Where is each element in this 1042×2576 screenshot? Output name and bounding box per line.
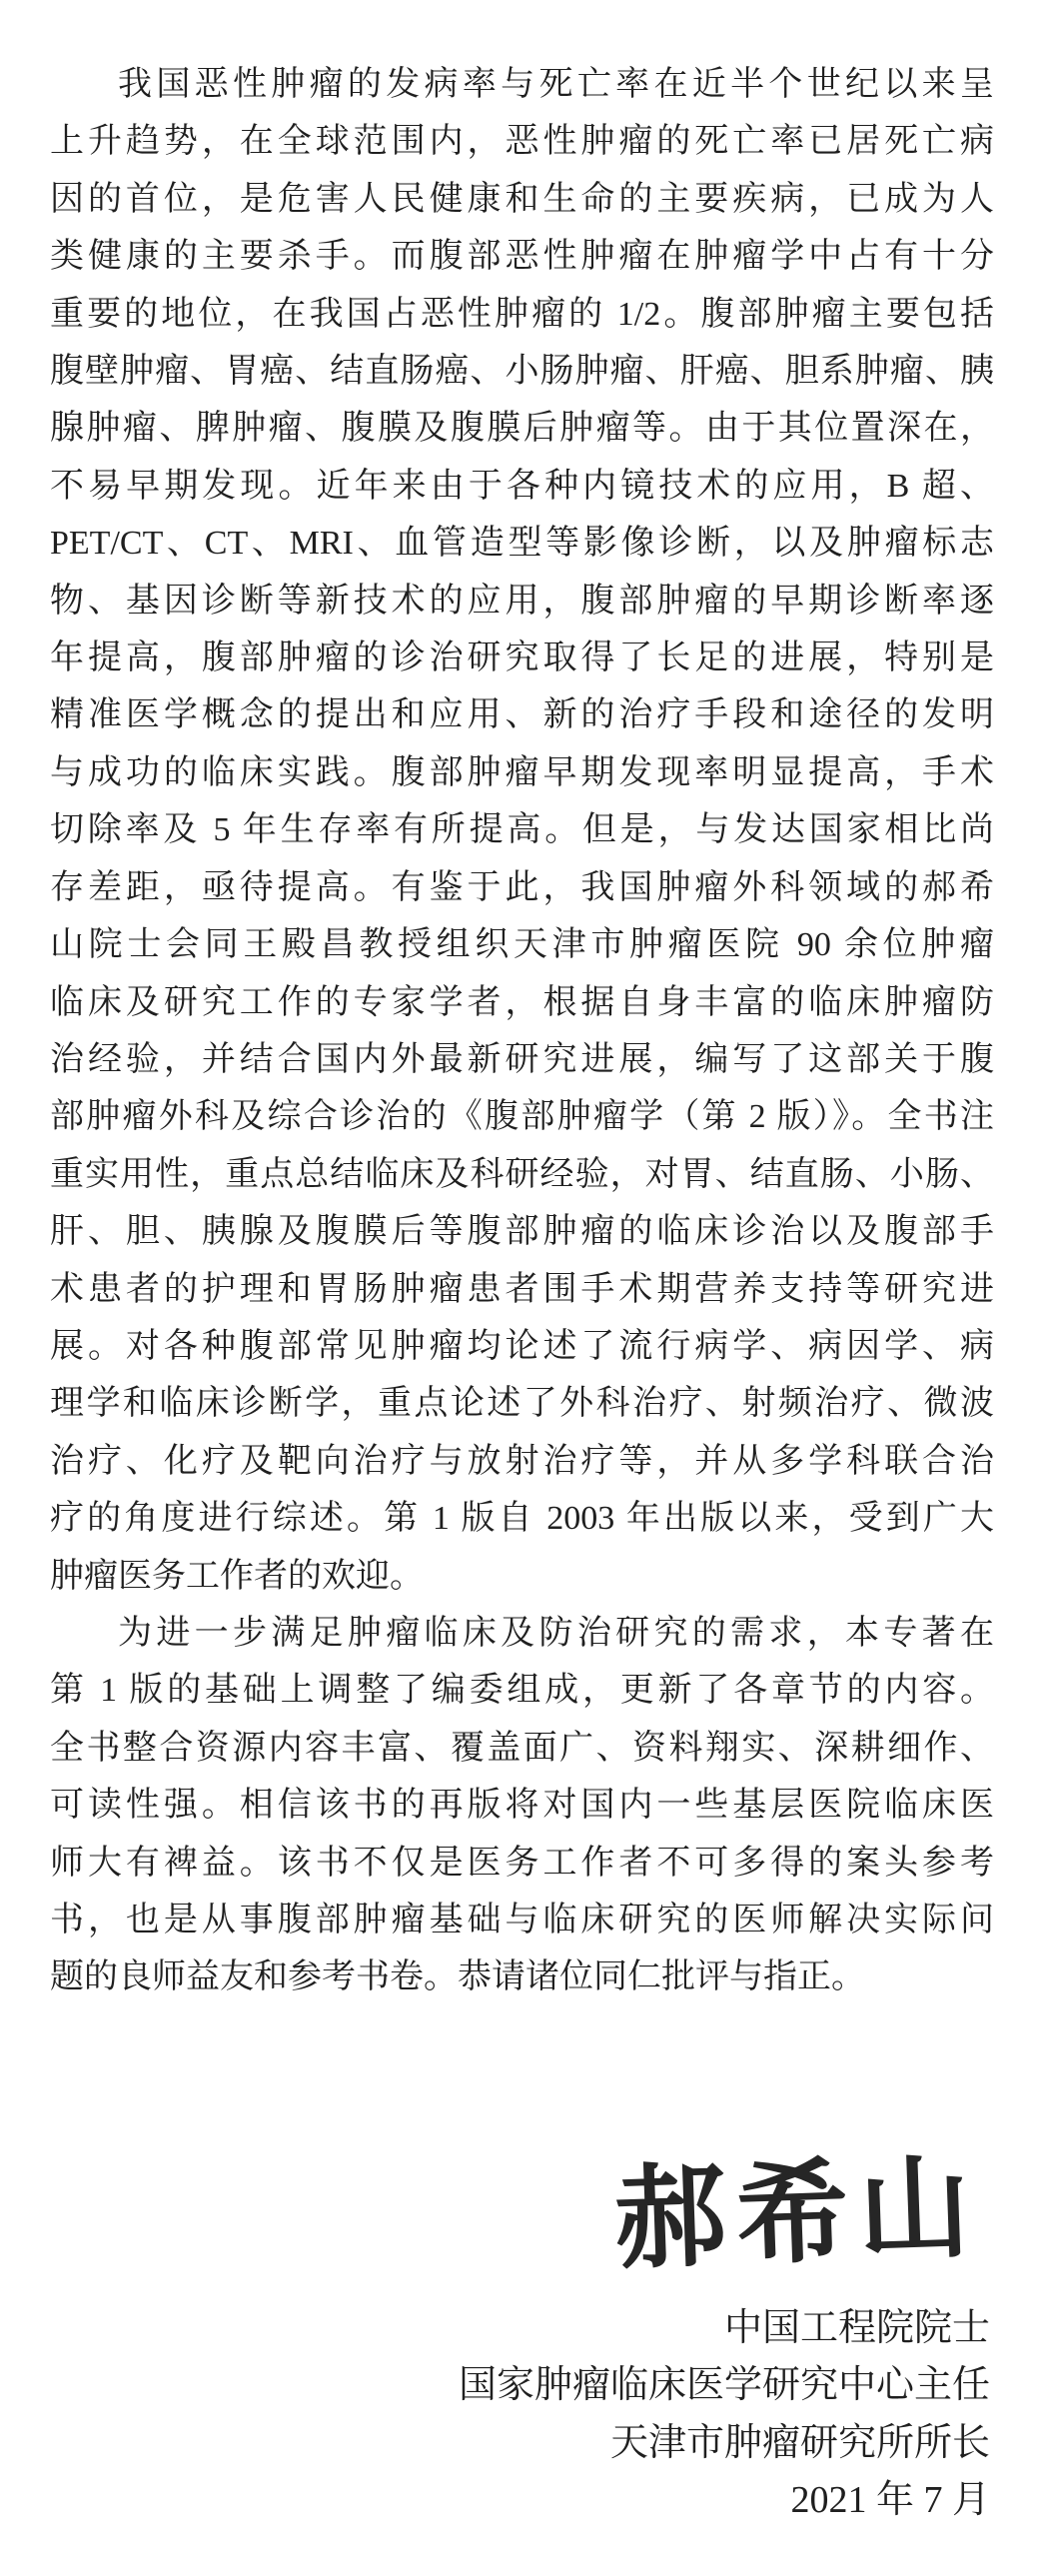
text-line: 理学和临床诊断学，重点论述了外科治疗、射频治疗、微波 bbox=[50, 1375, 994, 1432]
text-line: 术患者的护理和胃肠肿瘤患者围手术期营养支持等研究进 bbox=[50, 1261, 994, 1318]
text-line: 第 1 版的基础上调整了编委组成，更新了各章节的内容。 bbox=[50, 1662, 994, 1719]
text-line: 疗的角度进行综述。第 1 版自 2003 年出版以来，受到广大 bbox=[50, 1490, 994, 1547]
text-line: 治经验，并结合国内外最新研究进展，编写了这部关于腹 bbox=[50, 1031, 994, 1088]
text-line: 物、基因诊断等新技术的应用，腹部肿瘤的早期诊断率逐 bbox=[50, 573, 994, 630]
text-line: 不易早期发现。近年来由于各种内镜技术的应用，B 超、 bbox=[50, 458, 994, 515]
text-line: 师大有裨益。该书不仅是医务工作者不可多得的案头参考 bbox=[50, 1835, 994, 1892]
signoff-lines: 中国工程院院士 国家肿瘤临床医学研究中心主任 天津市肿瘤研究所所长 2021 年… bbox=[0, 2300, 1042, 2530]
text-line: 部肿瘤外科及综合诊治的《腹部肿瘤学（第 2 版）》。全书注 bbox=[50, 1088, 994, 1145]
text-line: 书，也是从事腹部肿瘤基础与临床研究的医师解决实际问 bbox=[50, 1892, 994, 1948]
text-line: 重要的地位，在我国占恶性肿瘤的 1/2。腹部肿瘤主要包括 bbox=[50, 286, 994, 343]
preface-page: 我国恶性肿瘤的发病率与死亡率在近半个世纪以来呈上升趋势，在全球范围内，恶性肿瘤的… bbox=[0, 0, 1042, 2576]
text-line: 精准医学概念的提出和应用、新的治疗手段和途径的发明 bbox=[50, 686, 994, 743]
text-line: 切除率及 5 年生存率有所提高。但是，与发达国家相比尚 bbox=[50, 801, 994, 858]
text-line: 存差距，亟待提高。有鉴于此，我国肿瘤外科领域的郝希 bbox=[50, 859, 994, 916]
text-line: 重实用性，重点总结临床及科研经验，对胃、结直肠、小肠、 bbox=[50, 1146, 994, 1203]
text-line: PET/CT、CT、MRI、血管造型等影像诊断，以及肿瘤标志 bbox=[50, 515, 994, 572]
text-line: 治疗、化疗及靶向治疗与放射治疗等，并从多学科联合治 bbox=[50, 1433, 994, 1490]
text-line: 年提高，腹部肿瘤的诊治研究取得了长足的进展，特别是 bbox=[50, 630, 994, 686]
text-line: 我国恶性肿瘤的发病率与死亡率在近半个世纪以来呈 bbox=[50, 56, 994, 113]
signature-hao-xishan: 郝希山 bbox=[0, 2126, 1042, 2322]
preface-body: 我国恶性肿瘤的发病率与死亡率在近半个世纪以来呈上升趋势，在全球范围内，恶性肿瘤的… bbox=[0, 0, 1042, 2006]
text-line: 类健康的主要杀手。而腹部恶性肿瘤在肿瘤学中占有十分 bbox=[50, 228, 994, 285]
text-line: 肝、胆、胰腺及腹膜后等腹部肿瘤的临床诊治以及腹部手 bbox=[50, 1203, 994, 1260]
signature-block: 郝希山 中国工程院院士 国家肿瘤临床医学研究中心主任 天津市肿瘤研究所所长 20… bbox=[0, 2126, 1042, 2530]
text-line: 山院士会同王殿昌教授组织天津市肿瘤医院 90 余位肿瘤 bbox=[50, 916, 994, 973]
text-line: 腹壁肿瘤、胃癌、结直肠癌、小肠肿瘤、肝癌、胆系肿瘤、胰 bbox=[50, 343, 994, 400]
signoff-title-institute-director: 天津市肿瘤研究所所长 bbox=[0, 2415, 1042, 2473]
signoff-title-center-director: 国家肿瘤临床医学研究中心主任 bbox=[0, 2357, 1042, 2415]
text-line: 肿瘤医务工作者的欢迎。 bbox=[50, 1548, 994, 1605]
text-line: 展。对各种腹部常见肿瘤均论述了流行病学、病因学、病 bbox=[50, 1318, 994, 1375]
text-line: 上升趋势，在全球范围内，恶性肿瘤的死亡率已居死亡病 bbox=[50, 113, 994, 170]
text-line: 腺肿瘤、脾肿瘤、腹膜及腹膜后肿瘤等。由于其位置深在， bbox=[50, 400, 994, 457]
text-line: 可读性强。相信该书的再版将对国内一些基层医院临床医 bbox=[50, 1777, 994, 1834]
text-line: 因的首位，是危害人民健康和生命的主要疾病，已成为人 bbox=[50, 171, 994, 228]
text-line: 与成功的临床实践。腹部肿瘤早期发现率明显提高，手术 bbox=[50, 744, 994, 801]
text-line: 题的良师益友和参考书卷。恭请诸位同仁批评与指正。 bbox=[50, 1948, 994, 2005]
text-line: 全书整合资源内容丰富、覆盖面广、资料翔实、深耕细作、 bbox=[50, 1720, 994, 1777]
signoff-date: 2021 年 7 月 bbox=[0, 2472, 1042, 2530]
text-line: 临床及研究工作的专家学者，根据自身丰富的临床肿瘤防 bbox=[50, 974, 994, 1031]
text-line: 为进一步满足肿瘤临床及防治研究的需求，本专著在 bbox=[50, 1605, 994, 1662]
